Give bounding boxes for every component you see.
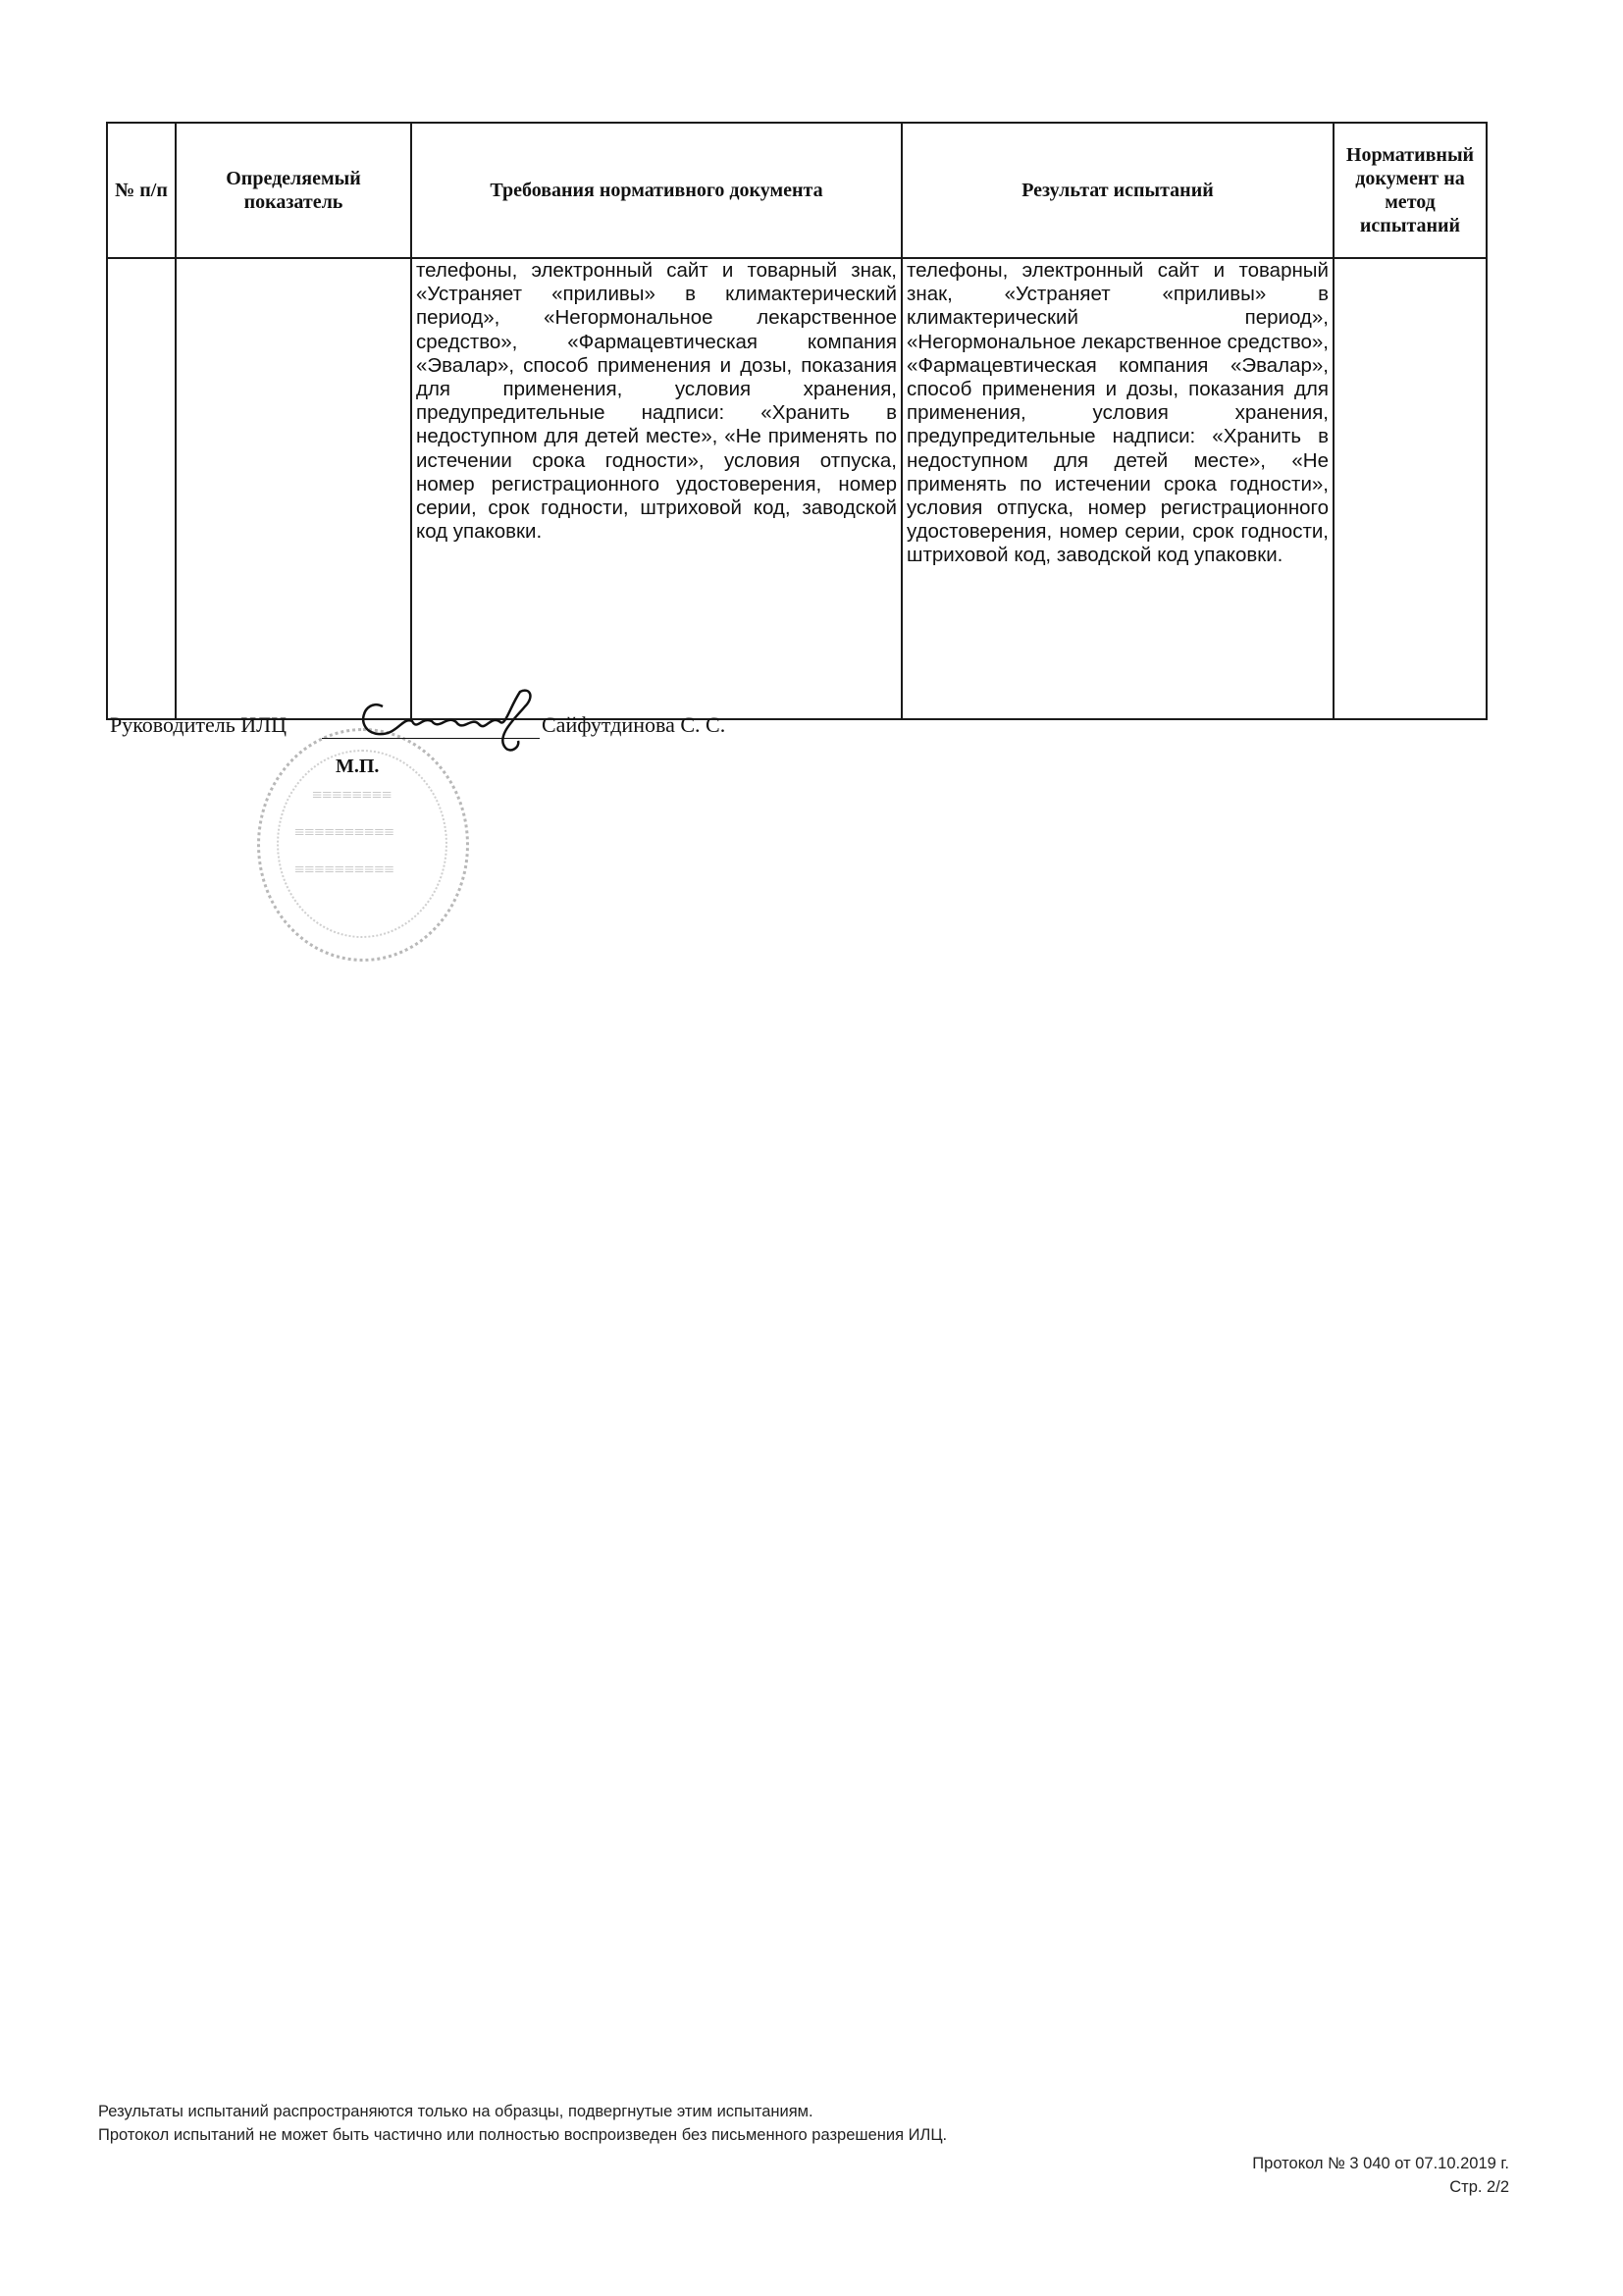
header-requirements: Требования нормативного документа — [411, 123, 902, 258]
signatory-name: Сайфутдинова С. С. — [542, 712, 725, 738]
header-method: Нормативный документ на метод испытаний — [1334, 123, 1487, 258]
header-indicator: Определяемый показатель — [176, 123, 411, 258]
seal-stamp-text: ≡≡≡≡≡≡≡≡≡≡ — [294, 860, 394, 880]
seal-stamp-text: ≡≡≡≡≡≡≡≡≡≡ — [294, 822, 394, 843]
seal-stamp-text: ≡≡≡≡≡≡≡≡ — [312, 785, 392, 806]
cell-requirements: телефоны, электронный сайт и товарный зн… — [411, 258, 902, 719]
signatory-role: Руководитель ИЛЦ — [110, 712, 287, 738]
header-num: № п/п — [107, 123, 176, 258]
cell-result: телефоны, электронный сайт и товарный зн… — [902, 258, 1334, 719]
handwritten-signature-icon — [324, 687, 540, 756]
header-result: Результат испытаний — [902, 123, 1334, 258]
results-table: № п/п Определяемый показатель Требования… — [106, 122, 1488, 720]
footer-note-copyright: Протокол испытаний не может быть частичн… — [98, 2126, 947, 2145]
table-row: телефоны, электронный сайт и товарный зн… — [107, 258, 1487, 719]
stamp-label: М.П. — [336, 756, 379, 778]
cell-indicator — [176, 258, 411, 719]
footer-note-scope: Результаты испытаний распространяются то… — [98, 2103, 813, 2121]
page-number: Стр. 2/2 — [1449, 2178, 1509, 2197]
cell-num — [107, 258, 176, 719]
cell-method — [1334, 258, 1487, 719]
protocol-number: Протокол № 3 040 от 07.10.2019 г. — [1252, 2155, 1509, 2173]
